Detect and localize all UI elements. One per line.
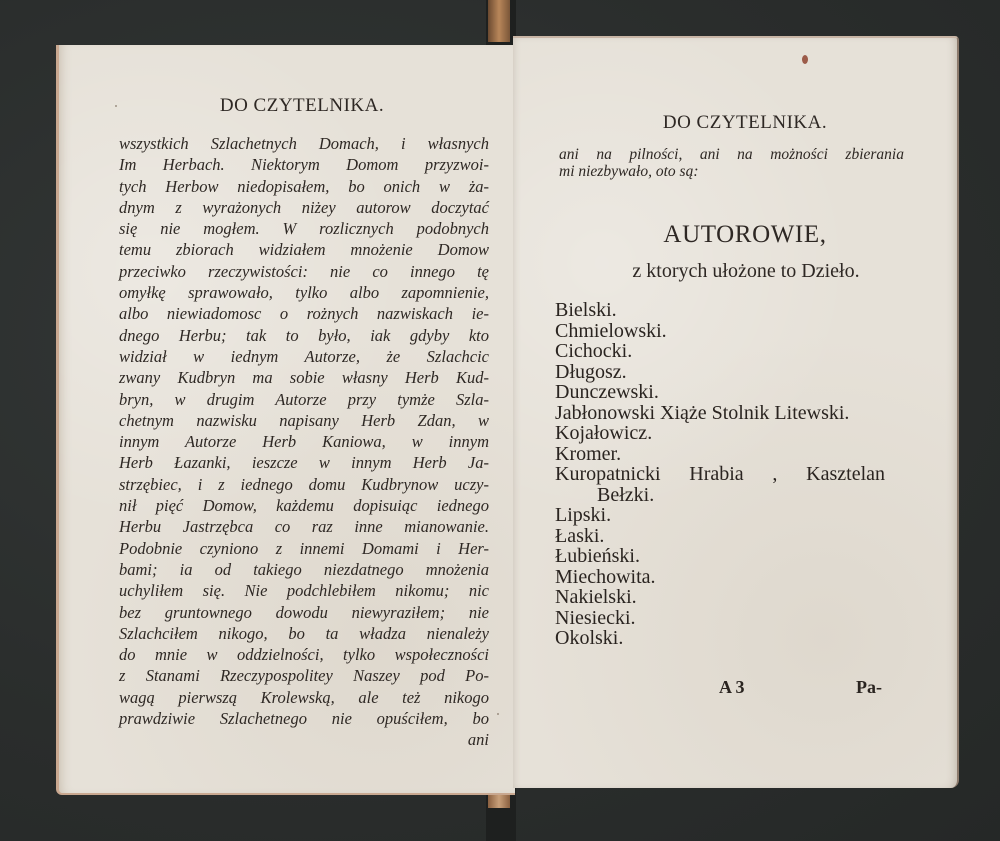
author-office: Kasztelan bbox=[806, 463, 885, 485]
left-page: DO CZYTELNIKA. wszystkich Szlachetnych D… bbox=[56, 45, 515, 795]
left-running-head: DO CZYTELNIKA. bbox=[59, 95, 515, 117]
right-running-head: DO CZYTELNIKA. bbox=[513, 112, 957, 134]
author-item-multiline: Kuropatnicki Hrabia , Kasztelan Bełzki. bbox=[555, 464, 935, 505]
text-line: dnym z wyrażonych niżey autorow doczytać bbox=[119, 197, 489, 218]
intro-line: ani na pilności, ani na możności zbieran… bbox=[559, 146, 904, 163]
author-item: Dunczewski. bbox=[555, 382, 935, 403]
text-line: do mnie w oddzielności, tylko wspołeczno… bbox=[119, 644, 489, 665]
text-line: dnego Herbu; tak to było, iak gdyby kto bbox=[119, 325, 489, 346]
author-item: Bielski. bbox=[555, 300, 935, 321]
author-item: Miechowita. bbox=[555, 567, 935, 588]
text-line: chetnym nazwisku napisany Herb Zdan, w bbox=[119, 410, 489, 431]
text-line: z Stanami Rzeczypospolitey Naszey pod Po… bbox=[119, 665, 489, 686]
catchword: Pa- bbox=[856, 677, 882, 698]
text-line: widział w iednym Autorze, że Szlachcic bbox=[119, 346, 489, 367]
intro-line: mi niezbywało, oto są: bbox=[559, 163, 904, 180]
author-item: Kojałowicz. bbox=[555, 423, 935, 444]
ink-stain bbox=[802, 55, 808, 64]
text-line: temu zbiorach widziałem mnożenie Domow bbox=[119, 239, 489, 260]
text-line: bami; ia od takiego niezdatnego mnożenia bbox=[119, 559, 489, 580]
right-intro-text: ani na pilności, ani na możności zbieran… bbox=[559, 146, 904, 180]
author-item: Cichocki. bbox=[555, 341, 935, 362]
signature-mark: A 3 bbox=[719, 677, 745, 698]
text-line: się nie mogłem. W rozlicznych podobnych bbox=[119, 218, 489, 239]
author-item: Niesiecki. bbox=[555, 608, 935, 629]
text-line: Podobnie czyniono z innemi Domami i Her- bbox=[119, 538, 489, 559]
text-line: przeciwko rzeczywistości: nie co innego … bbox=[119, 261, 489, 282]
text-line: Im Herbach. Niektorym Domom przyzwoi- bbox=[119, 154, 489, 175]
authors-list: Bielski. Chmielowski. Cichocki. Długosz.… bbox=[555, 300, 935, 649]
author-item: Kromer. bbox=[555, 444, 935, 465]
text-line: zwany Kudbryn ma sobie własny Herb Kud- bbox=[119, 367, 489, 388]
text-line: uchyliłem się. Nie podchlebiłem nikomu; … bbox=[119, 580, 489, 601]
text-line: bryn, w drugim Autorze przy tymże Szla- bbox=[119, 389, 489, 410]
author-item: Łubieński. bbox=[555, 546, 935, 567]
catchword: ani bbox=[119, 729, 489, 750]
spine-top bbox=[488, 0, 510, 42]
text-line: innym Autorze Herb Kaniowa, w innym bbox=[119, 431, 489, 452]
author-item: Długosz. bbox=[555, 362, 935, 383]
text-line: Herb Łazanki, ieszcze w innym Herb Ja- bbox=[119, 452, 489, 473]
text-line: strzębiec, i z iednego domu Kudbrynow uc… bbox=[119, 474, 489, 495]
text-line: prawdziwie Szlachetnego nie opuściłem, b… bbox=[119, 708, 489, 729]
text-line: Herbu Jastrzębca co raz inne mianowanie. bbox=[119, 516, 489, 537]
author-item: Okolski. bbox=[555, 628, 935, 649]
text-line: Szlachciłem nikogo, bo ta władza nienale… bbox=[119, 623, 489, 644]
section-title: AUTOROWIE, bbox=[513, 221, 957, 249]
right-page: DO CZYTELNIKA. ani na pilności, ani na m… bbox=[513, 36, 959, 788]
author-item: Lipski. bbox=[555, 505, 935, 526]
text-line: albo niewiadomosc o rożnych nazwiskach i… bbox=[119, 303, 489, 324]
text-line: omyłkę sprawowało, tylko albo zapomnieni… bbox=[119, 282, 489, 303]
author-title: Hrabia , bbox=[689, 463, 777, 485]
author-continuation: Bełzki. bbox=[555, 485, 935, 506]
author-name: Kuropatnicki bbox=[555, 463, 661, 485]
author-item: Nakielski. bbox=[555, 587, 935, 608]
text-line: wagą pierwszą Krolewską, ale też nikogo bbox=[119, 687, 489, 708]
paper-speck bbox=[497, 713, 499, 715]
text-line: bez gruntownego dowodu niewyraziłem; nie bbox=[119, 602, 489, 623]
text-line: tych Herbow niedopisałem, bo onich w ża- bbox=[119, 176, 489, 197]
text-line: nił pięć Domow, każdemu dopisuiąc iedneg… bbox=[119, 495, 489, 516]
text-line: wszystkich Szlachetnych Domach, i własny… bbox=[119, 133, 489, 154]
section-subtitle: z ktorych ułożone to Dzieło. bbox=[513, 260, 957, 283]
paper-speck bbox=[115, 105, 117, 107]
author-item: Jabłonowski Xiąże Stolnik Litewski. bbox=[555, 403, 935, 424]
author-item: Łaski. bbox=[555, 526, 935, 547]
author-first-line: Kuropatnicki Hrabia , Kasztelan bbox=[555, 464, 885, 485]
left-body-text: wszystkich Szlachetnych Domach, i własny… bbox=[119, 133, 489, 751]
author-item: Chmielowski. bbox=[555, 321, 935, 342]
